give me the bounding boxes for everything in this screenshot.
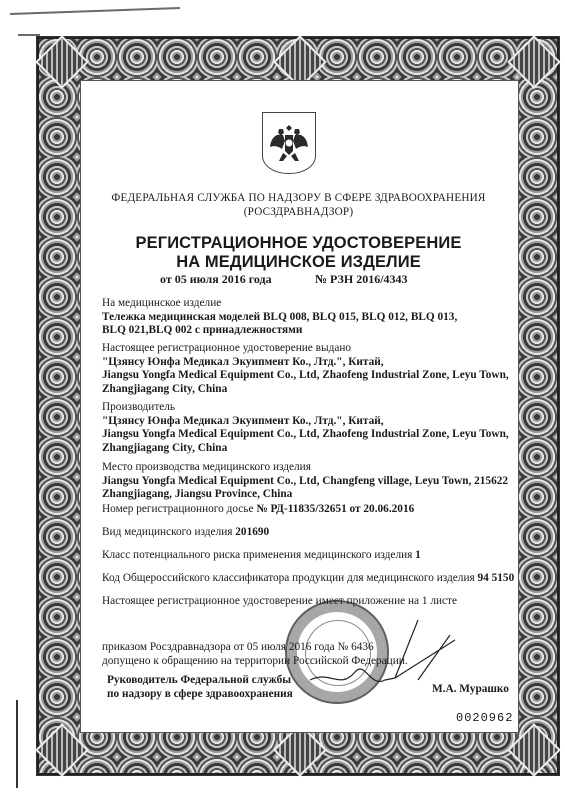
agency-name: ФЕДЕРАЛЬНАЯ СЛУЖБА ПО НАДЗОРУ В СФЕРЕ ЗД… [80, 192, 517, 204]
holder-label: Настоящее регистрационное удостоверение … [102, 342, 512, 356]
document-title: РЕГИСТРАЦИОННОЕ УДОСТОВЕРЕНИЕ [80, 234, 517, 253]
manufacturer-address: Jiangsu Yongfa Medical Equipment Co., Lt… [102, 428, 512, 442]
risk-class-label: Класс потенциального риска применения ме… [102, 549, 412, 561]
scan-artifact [10, 7, 180, 14]
form-serial-number: 0020962 [456, 711, 513, 725]
manufacturer-city: Zhangjiagang City, China [102, 442, 512, 456]
device-kind-value: 201690 [235, 526, 269, 538]
device-label: На медицинское изделие [102, 297, 512, 311]
okp-code-value: 94 5150 [478, 572, 515, 584]
document-subtitle: НА МЕДИЦИНСКОЕ ИЗДЕЛИЕ [80, 253, 517, 272]
manufacturer-label: Производитель [102, 401, 512, 415]
okp-code-row: Код Общероссийского классификатора проду… [102, 572, 514, 584]
holder-section: Настоящее регистрационное удостоверение … [102, 342, 512, 396]
device-name: Тележка медицинская моделей BLQ 008, BLQ… [102, 311, 512, 325]
production-site-section: Место производства медицинского изделия … [102, 461, 512, 502]
production-site-city: Zhangjiagang, Jiangsu Province, China [102, 488, 512, 502]
double-headed-eagle-icon [267, 119, 311, 167]
agency-abbreviation: (РОСЗДРАВНАДЗОР) [80, 206, 517, 218]
dossier-value: № РД-11835/32651 от 20.06.2016 [256, 503, 414, 515]
circulation-permission: допущено к обращению на территории Росси… [102, 655, 408, 667]
order-reference: приказом Росздравнадзора от 05 июля 2016… [102, 641, 374, 653]
device-kind-row: Вид медицинского изделия 201690 [102, 526, 269, 538]
scan-artifact [16, 700, 18, 788]
holder-city: Zhangjiagang City, China [102, 383, 512, 397]
dossier-label: Номер регистрационного досье [102, 503, 253, 515]
holder-address: Jiangsu Yongfa Medical Equipment Co., Lt… [102, 369, 512, 383]
production-site-address: Jiangsu Yongfa Medical Equipment Co., Lt… [102, 475, 512, 489]
signatory-title: Руководитель Федеральной службы [107, 674, 291, 686]
holder-name-ru: "Цзянсу Юнфа Медикал Экуипмент Ко., Лтд.… [102, 356, 512, 370]
device-section: На медицинское изделие Тележка медицинск… [102, 297, 512, 338]
manufacturer-section: Производитель "Цзянсу Юнфа Медикал Экуип… [102, 401, 512, 455]
signatory-title-cont: по надзору в сфере здравоохранения [107, 688, 293, 700]
risk-class-row: Класс потенциального риска применения ме… [102, 549, 421, 561]
certificate-number: № РЗН 2016/4343 [315, 272, 408, 287]
manufacturer-name-ru: "Цзянсу Юнфа Медикал Экуипмент Ко., Лтд.… [102, 415, 512, 429]
device-kind-label: Вид медицинского изделия [102, 526, 232, 538]
dossier-number-row: Номер регистрационного досье № РД-11835/… [102, 503, 414, 515]
device-name-cont: BLQ 021,BLQ 002 с принадлежностями [102, 324, 512, 338]
okp-code-label: Код Общероссийского классификатора проду… [102, 572, 475, 584]
signatory-name: М.А. Мурашко [432, 683, 509, 695]
production-site-label: Место производства медицинского изделия [102, 461, 512, 475]
risk-class-value: 1 [415, 549, 421, 561]
russian-coat-of-arms-icon [262, 112, 316, 174]
issue-date: от 05 июля 2016 года [160, 272, 272, 287]
